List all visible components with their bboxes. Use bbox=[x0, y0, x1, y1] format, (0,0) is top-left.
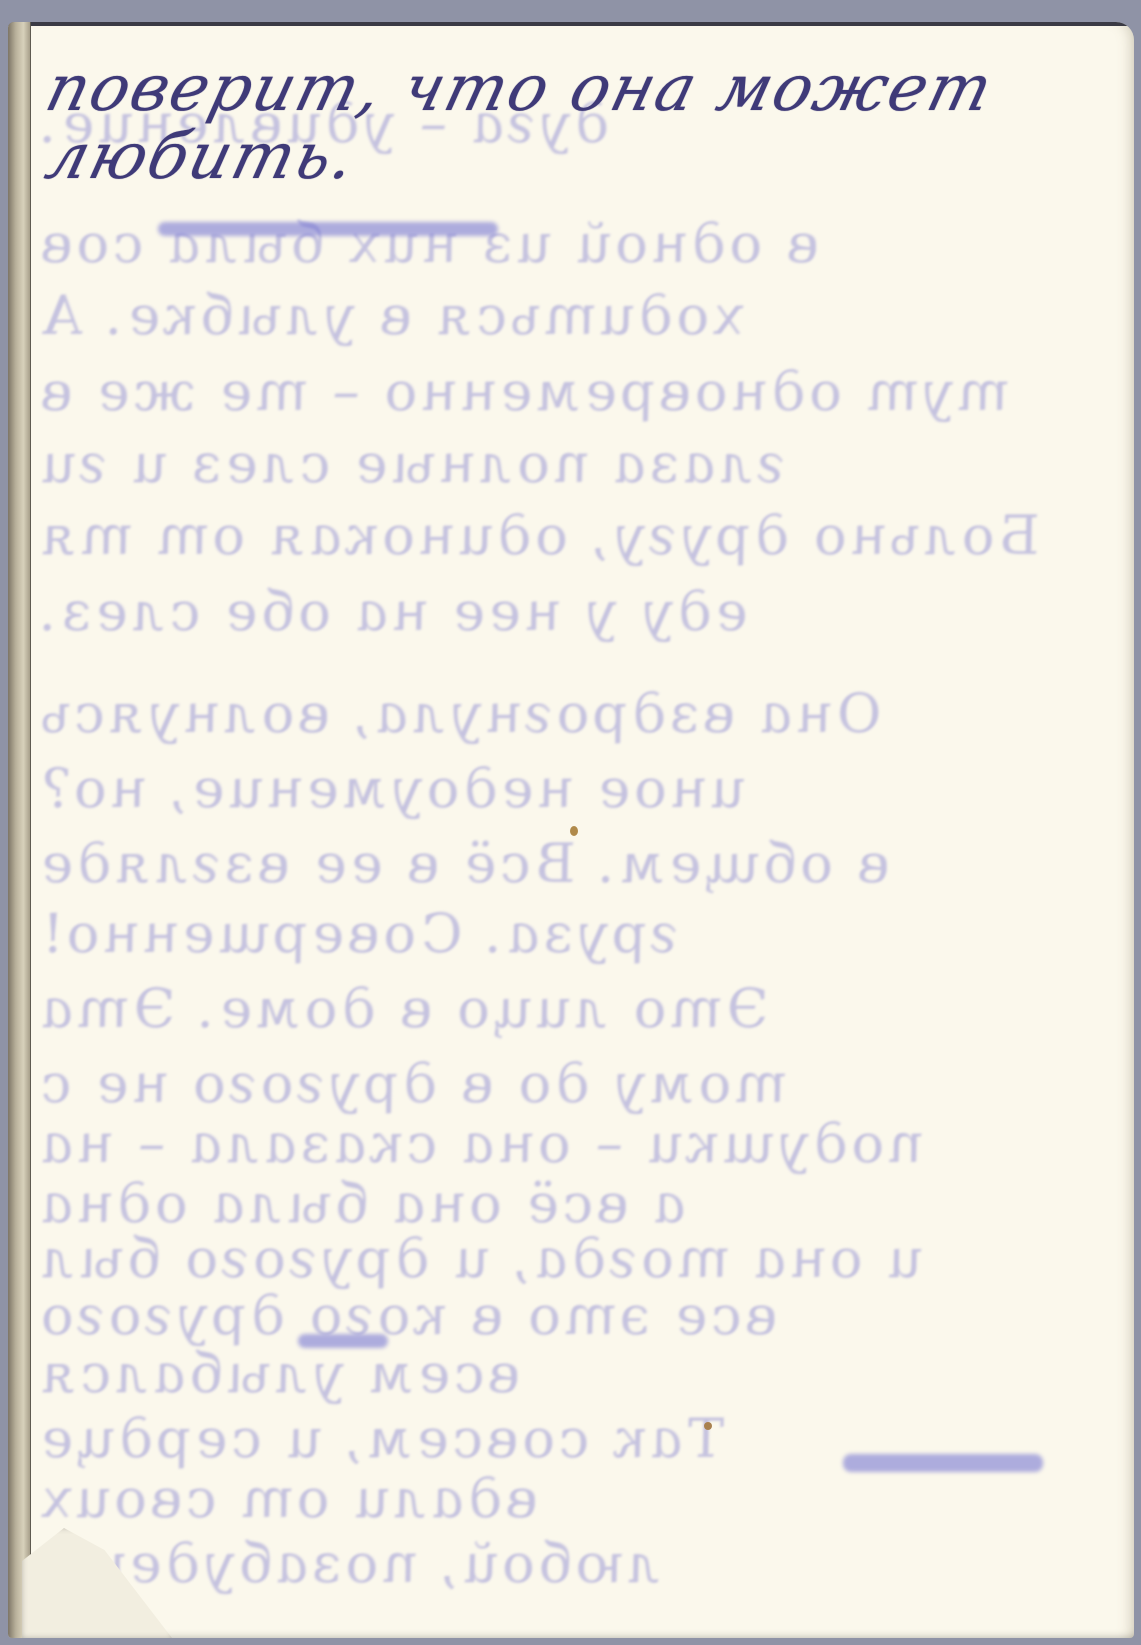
bleed-through-line: груза. Совершенно! bbox=[31, 902, 1110, 965]
bleed-through-line: еду у нее на обе слез. bbox=[31, 580, 1110, 643]
bleed-strikethrough bbox=[298, 1334, 388, 1348]
notebook-page: дуга – удивление. в одной из них была со… bbox=[8, 22, 1134, 1638]
bleed-through-line: тому до в другого не с bbox=[31, 1052, 1110, 1115]
bleed-through-line: подушки – она сказала – на bbox=[31, 1112, 1110, 1175]
handwritten-line-2: любить. bbox=[39, 120, 1103, 194]
bleed-through-line: Она вздрогнула, волнуясь bbox=[31, 682, 1110, 745]
bleed-through-line: Это лицо в доме. Эта bbox=[31, 977, 1110, 1040]
paper-stain bbox=[704, 1422, 712, 1430]
bleed-through-line: а всё она была одна bbox=[31, 1172, 1110, 1235]
bleed-through-line: иное недоумение, но? bbox=[31, 757, 1110, 820]
bleed-through-line: любой, позабудешь bbox=[31, 1532, 1110, 1595]
bleed-strikethrough bbox=[843, 1454, 1043, 1472]
bleed-through-line: и она тогда, и другого был bbox=[31, 1227, 1110, 1290]
bleed-through-line: глаза полные слез и ги bbox=[31, 432, 1110, 495]
bleed-through-line: вдали от своих bbox=[31, 1467, 1110, 1530]
bleed-through-line: тут одновременно – те же в bbox=[31, 360, 1110, 423]
bleed-through-line: все это в кого другого bbox=[31, 1284, 1110, 1347]
paper-stain bbox=[570, 826, 578, 836]
notebook-spine bbox=[8, 22, 31, 1638]
bleed-through-line: Больно другу, одинокая от тя bbox=[31, 504, 1110, 567]
page-top-edge bbox=[8, 22, 1134, 26]
bleed-through-line: ходиться в улыбке. А bbox=[31, 284, 1110, 347]
bleed-strikethrough bbox=[158, 222, 498, 236]
handwritten-line-1: поверит, что она может bbox=[39, 52, 1103, 126]
bleed-through-line: в общем. Всё в ее взгляде bbox=[31, 832, 1110, 895]
bleed-through-line: всем улыбался bbox=[31, 1342, 1110, 1405]
